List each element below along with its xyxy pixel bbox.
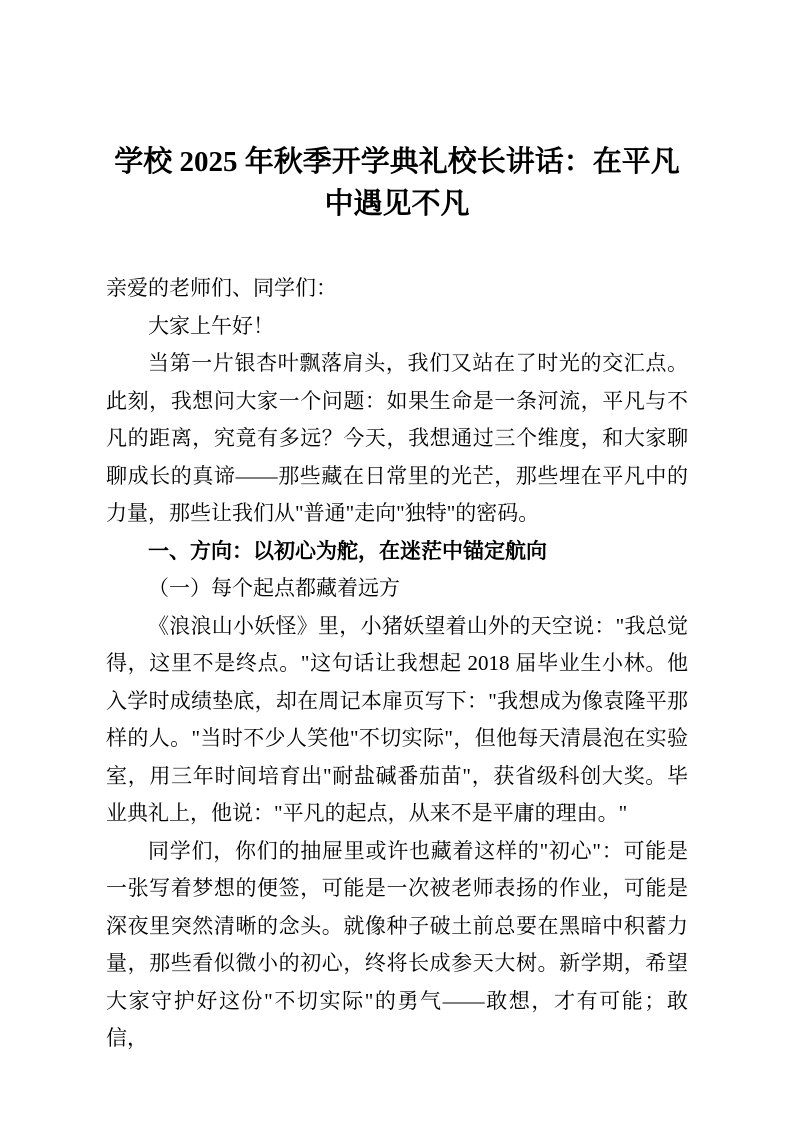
closing-paragraph: 同学们，你们的抽屉里或许也藏着这样的"初心"：可能是一张写着梦想的便签，可能是一… xyxy=(106,833,688,1058)
salutation-paragraph: 亲爱的老师们、同学们： xyxy=(106,270,688,308)
greeting-paragraph: 大家上午好！ xyxy=(106,308,688,346)
story-paragraph: 《浪浪山小妖怪》里，小猪妖望着山外的天空说："我总觉得，这里不是终点。"这句话让… xyxy=(106,608,688,833)
intro-paragraph: 当第一片银杏叶飘落肩头，我们又站在了时光的交汇点。此刻，我想问大家一个问题：如果… xyxy=(106,345,688,533)
document-page: 学校 2025 年秋季开学典礼校长讲话：在平凡中遇见不凡 亲爱的老师们、同学们：… xyxy=(0,0,793,1122)
section-heading-1: 一、方向：以初心为舵，在迷茫中锚定航向 xyxy=(106,533,688,571)
document-title: 学校 2025 年秋季开学典礼校长讲话：在平凡中遇见不凡 xyxy=(106,141,688,225)
subsection-heading-1-1: （一）每个起点都藏着远方 xyxy=(106,570,688,608)
